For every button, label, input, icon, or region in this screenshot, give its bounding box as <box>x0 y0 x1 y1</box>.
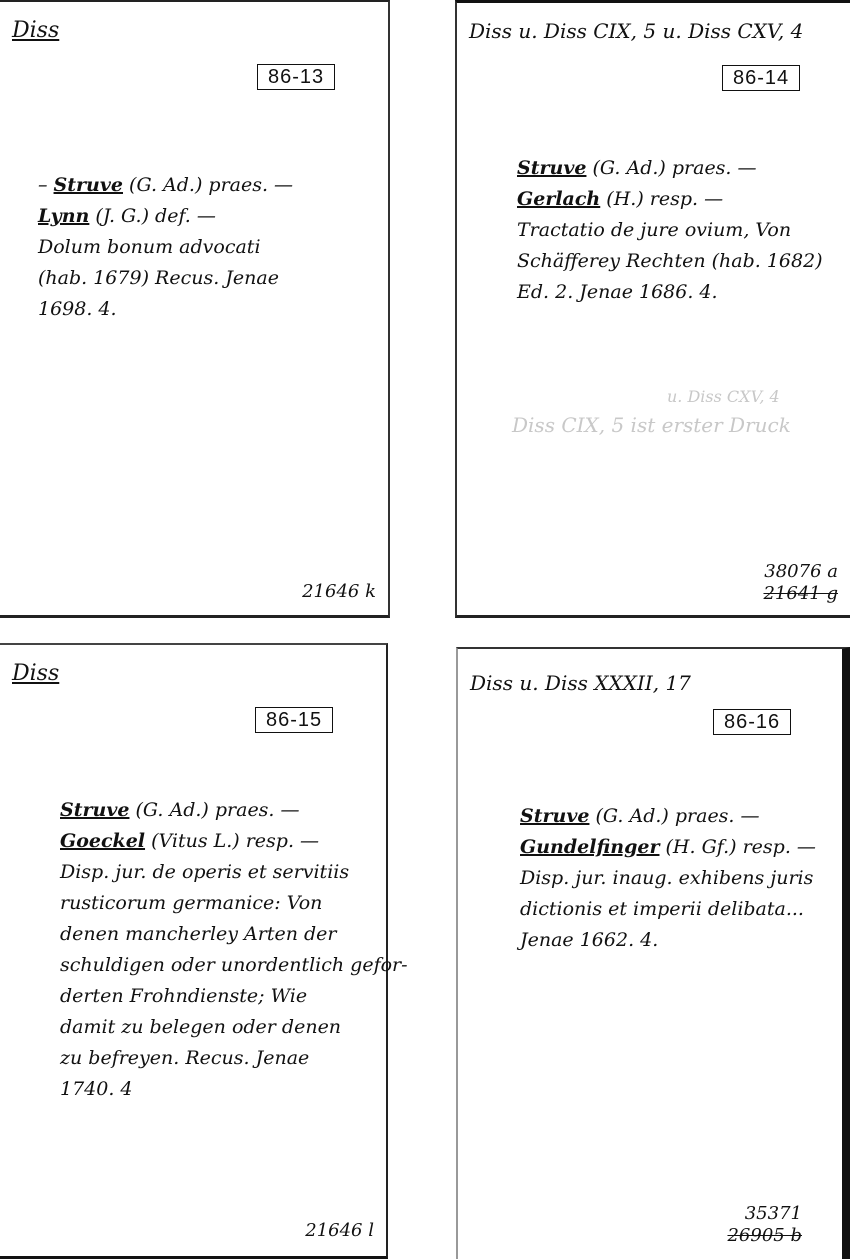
title-line: dictionis et imperii delibata... <box>520 894 816 925</box>
imprint-line: Ed. 2. Jenae 1686. 4. <box>517 277 823 308</box>
title-line: denen mancherley Arten der <box>60 919 408 950</box>
imprint-line: 1740. 4 <box>60 1074 408 1105</box>
catalog-card-86-13: Diss 86-13 – Struve (G. Ad.) praes. — Ly… <box>0 0 390 618</box>
shelfmark-box: 86-15 <box>255 707 333 733</box>
accession-number: 21646 k <box>302 581 376 603</box>
imprint-line: Jenae 1662. 4. <box>520 925 816 956</box>
shelfmark-box: 86-16 <box>713 709 791 735</box>
title-line: Schäfferey Rechten (hab. 1682) <box>517 246 823 277</box>
accession-number: 35371 26905 b <box>727 1203 802 1247</box>
catalog-card-86-15: Diss 86-15 Struve (G. Ad.) praes. — Goec… <box>0 643 388 1259</box>
title-line: Disp. jur. de operis et servitiis <box>60 857 408 888</box>
accession-number: 38076 a 21641 g <box>763 561 838 605</box>
pencil-note: Diss CIX, 5 ist erster Druck <box>512 413 791 437</box>
imprint-line: zu befreyen. Recus. Jenae <box>60 1043 408 1074</box>
pencil-note-superscript: u. Diss CXV, 4 <box>667 387 780 406</box>
location-mark: Diss u. Diss CIX, 5 u. Diss CXV, 4 <box>469 19 803 43</box>
imprint-line: 1698. 4. <box>38 294 293 325</box>
accession-number: 21646 l <box>305 1220 374 1242</box>
praeses-line: Struve (G. Ad.) praes. — <box>520 801 816 832</box>
title-line: (hab. 1679) Recus. Jenae <box>38 263 293 294</box>
respondent-line: Gundelfinger (H. Gf.) resp. — <box>520 832 816 863</box>
card-entry: Struve (G. Ad.) praes. — Gerlach (H.) re… <box>517 153 823 308</box>
shelfmark-box: 86-14 <box>722 65 800 91</box>
card-entry: Struve (G. Ad.) praes. — Gundelfinger (H… <box>520 801 816 956</box>
card-entry: Struve (G. Ad.) praes. — Goeckel (Vitus … <box>60 795 408 1105</box>
catalog-card-86-14: Diss u. Diss CIX, 5 u. Diss CXV, 4 86-14… <box>455 0 850 618</box>
praeses-line: – Struve (G. Ad.) praes. — <box>38 170 293 201</box>
catalog-card-86-16: Diss u. Diss XXXII, 17 86-16 Struve (G. … <box>456 647 850 1259</box>
title-line: Disp. jur. inaug. exhibens juris <box>520 863 816 894</box>
title-line: Tractatio de jure ovium, Von <box>517 215 823 246</box>
praeses-line: Struve (G. Ad.) praes. — <box>60 795 408 826</box>
title-line: schuldigen oder unordentlich gefor- <box>60 950 408 981</box>
respondent-line: Gerlach (H.) resp. — <box>517 184 823 215</box>
respondent-line: Goeckel (Vitus L.) resp. — <box>60 826 408 857</box>
shelfmark-box: 86-13 <box>257 64 335 90</box>
location-mark: Diss <box>12 18 59 43</box>
title-line: rusticorum germanice: Von <box>60 888 408 919</box>
title-line: derten Frohndienste; Wie <box>60 981 408 1012</box>
location-mark: Diss u. Diss XXXII, 17 <box>470 671 691 695</box>
title-line: damit zu belegen oder denen <box>60 1012 408 1043</box>
praeses-line: Struve (G. Ad.) praes. — <box>517 153 823 184</box>
respondent-line: Lynn (J. G.) def. — <box>38 201 293 232</box>
card-entry: – Struve (G. Ad.) praes. — Lynn (J. G.) … <box>38 170 293 325</box>
location-mark: Diss <box>12 661 59 686</box>
title-line: Dolum bonum advocati <box>38 232 293 263</box>
